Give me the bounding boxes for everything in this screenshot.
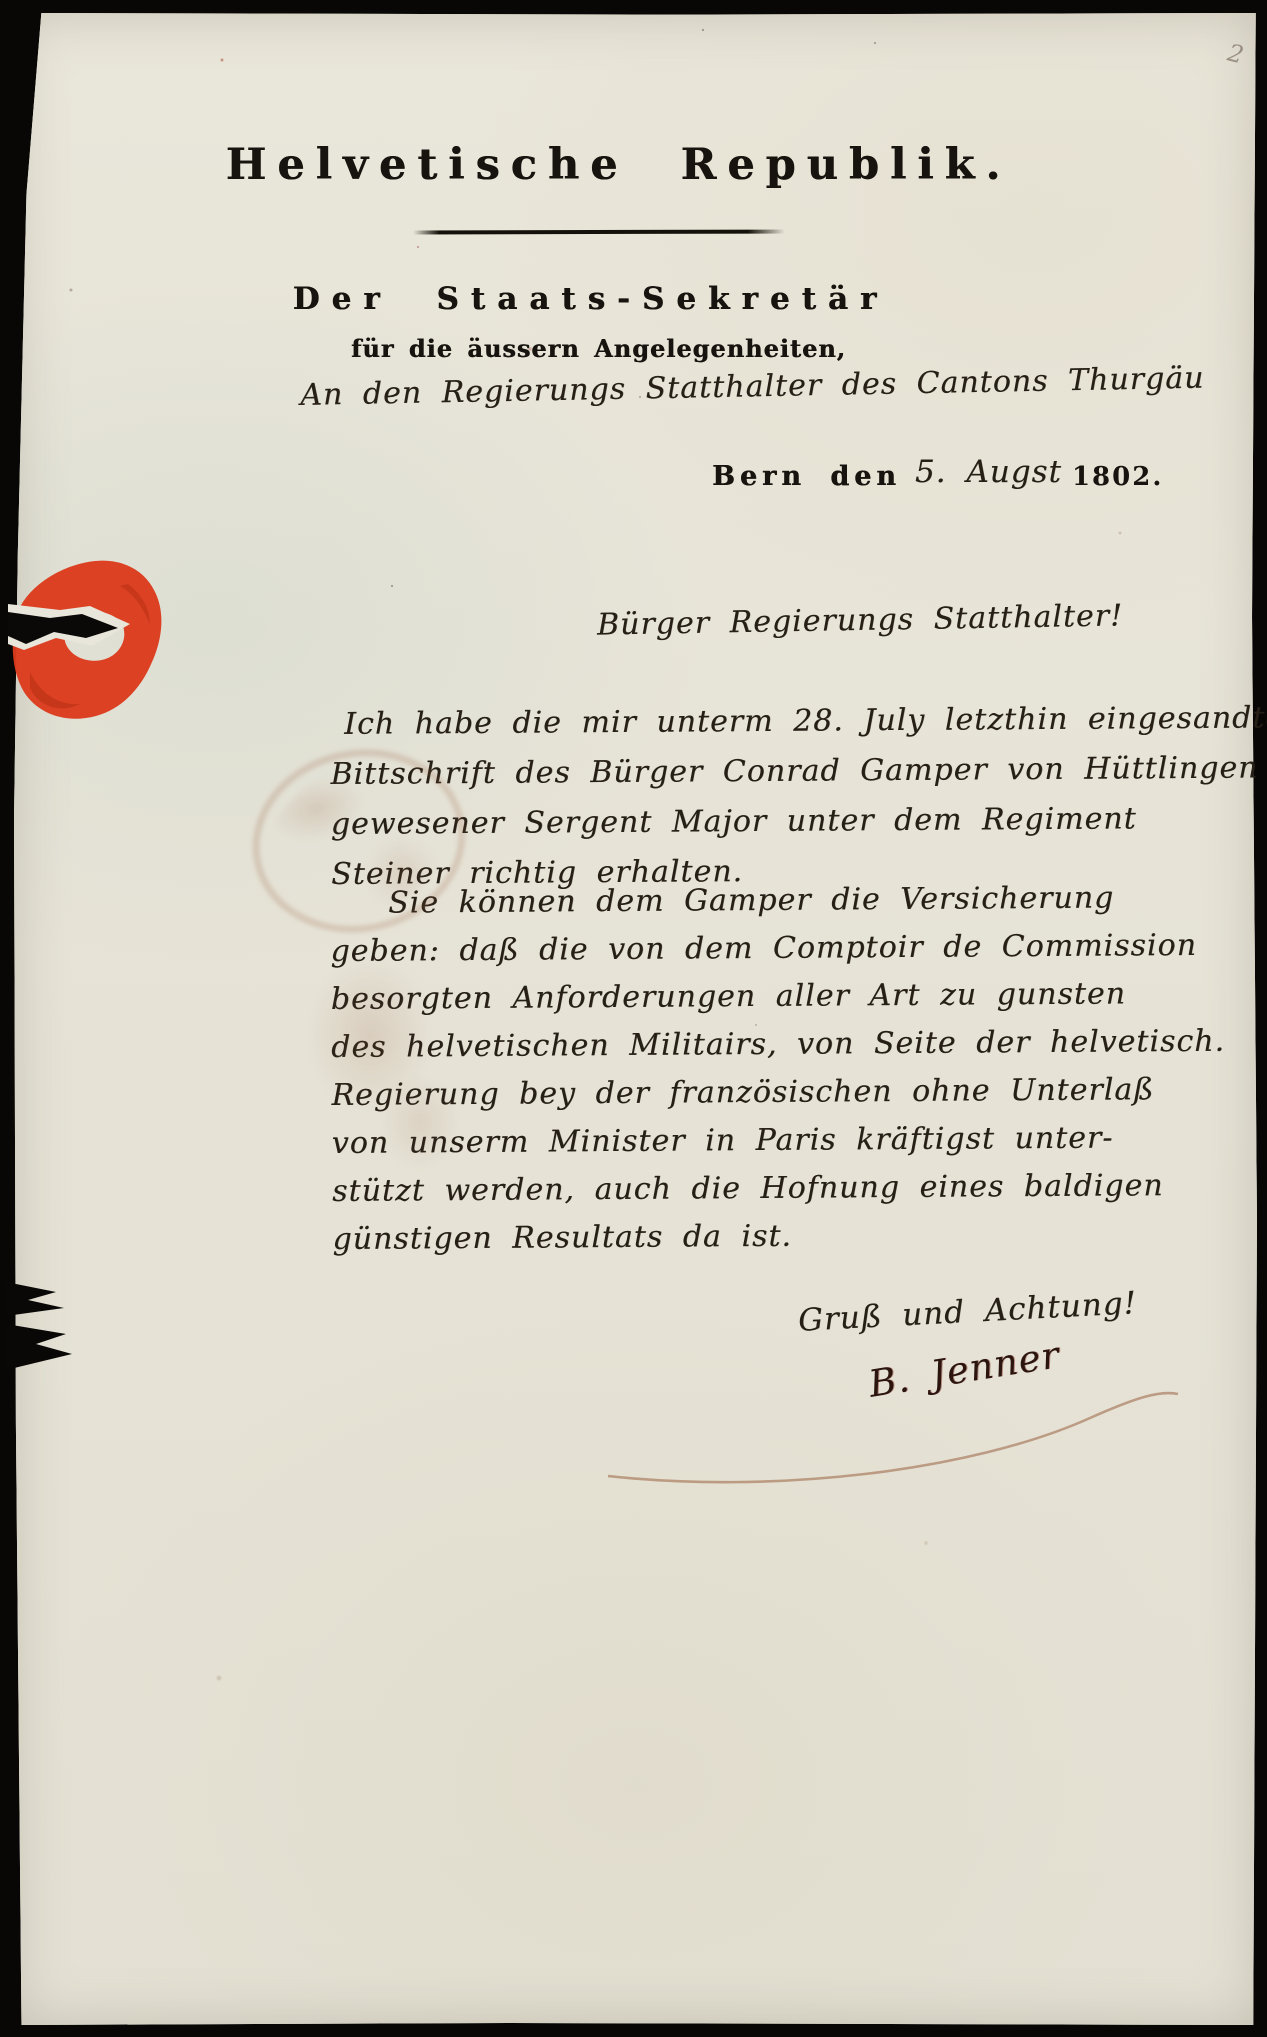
edge-tear	[6, 1276, 96, 1376]
body-line: günstigen Resultats da ist.	[332, 1209, 1262, 1263]
wax-seal	[8, 554, 188, 739]
paragraph-1: Ich habe die mir unterm 28. July letzthi…	[330, 694, 1261, 900]
body-line: geben: daß die von dem Comptoir de Commi…	[330, 922, 1260, 976]
dateline-handwritten-date: 5. Augst	[915, 454, 1062, 490]
faint-stamp-smudge	[300, 935, 500, 1185]
body-line: stützt werden, auch die Hofnung eines ba…	[332, 1162, 1262, 1216]
body-line: Ich habe die mir unterm 28. July letzthi…	[330, 694, 1260, 750]
dateline: Bern den5. Augst1802.	[712, 457, 1163, 493]
scanned-letter: 2 Helvetische Republik. Der Staats-Sekre…	[0, 0, 1267, 2037]
body-line: Sie können dem Gamper die Versicherung	[330, 874, 1260, 928]
dateline-place: Bern den	[712, 461, 901, 492]
dateline-year: 1802.	[1072, 462, 1163, 492]
body-line: Bittschrift des Bürger Conrad Gamper von…	[330, 744, 1260, 800]
office-line-1: Der Staats-Sekretär	[0, 281, 1267, 317]
office-line-2: für die äussern Angelegenheiten,	[0, 334, 1267, 363]
letter-title: Helvetische Republik.	[0, 140, 1267, 190]
signature-flourish	[590, 1368, 1200, 1488]
body-line: gewesener Sergent Major unter dem Regime…	[331, 794, 1261, 850]
